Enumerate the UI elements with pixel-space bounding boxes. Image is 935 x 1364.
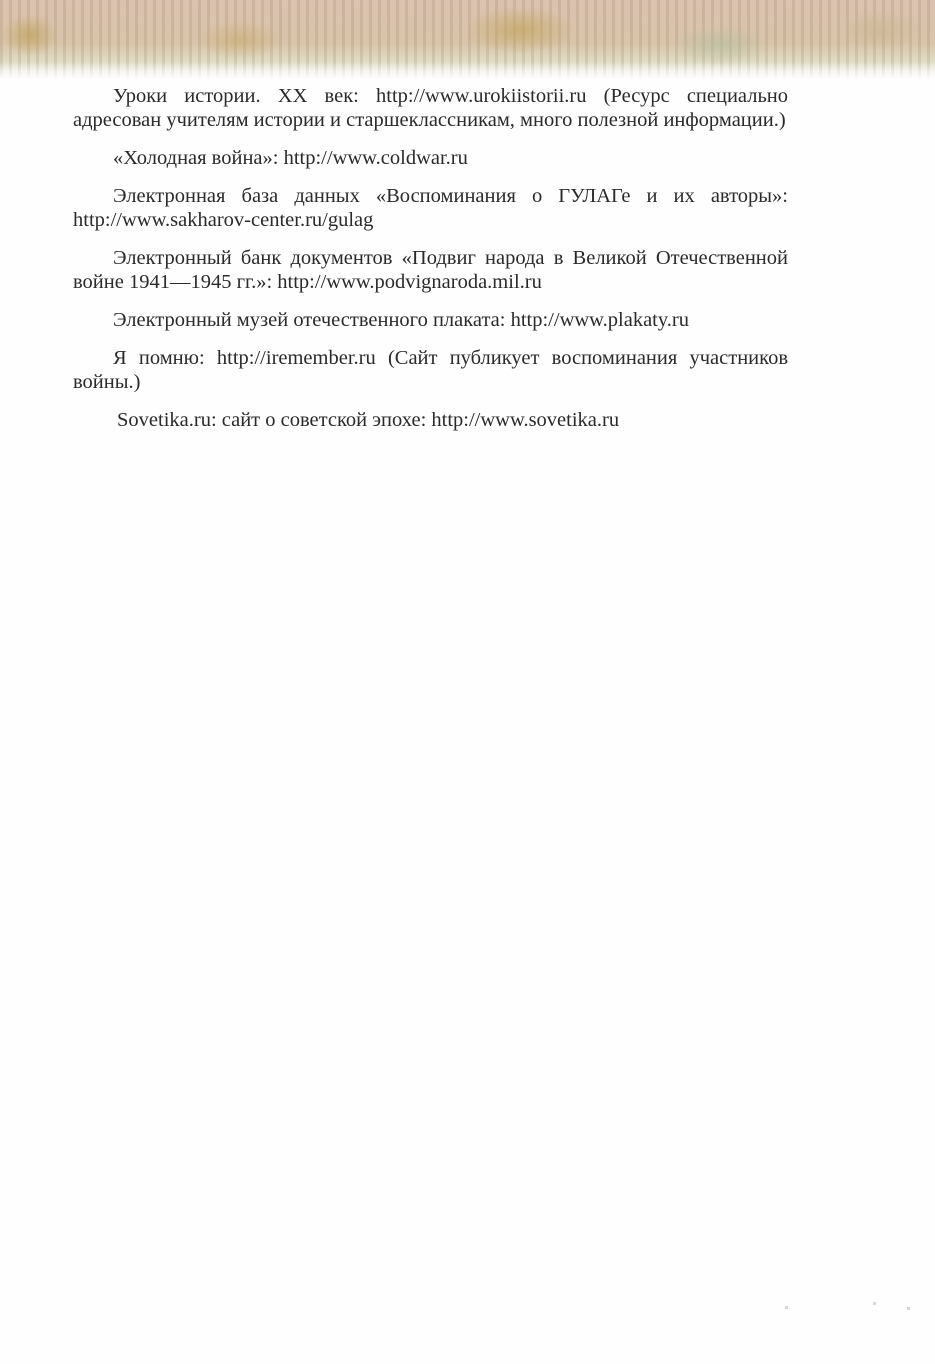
resource-title: Уроки истории. XX век: xyxy=(113,85,359,107)
resource-item: «Холодная война»: http://www.coldwar.ru xyxy=(73,146,788,170)
resource-link[interactable]: http://www.podvignaroda.mil.ru xyxy=(277,271,542,293)
resource-title: Электронный музей отечественного плаката… xyxy=(113,309,505,331)
resource-item: Уроки истории. XX век: http://www.urokii… xyxy=(73,84,788,132)
resource-title: «Холодная война»: xyxy=(113,147,278,169)
resource-link[interactable]: http://www.sovetika.ru xyxy=(431,409,619,431)
resource-item: Электронный музей отечественного плаката… xyxy=(73,308,788,332)
resource-link[interactable]: http://iremember.ru xyxy=(217,347,376,369)
resource-link[interactable]: http://www.coldwar.ru xyxy=(284,147,468,169)
scan-speck xyxy=(907,1307,910,1310)
resource-item: Электронная база данных «Воспоминания о … xyxy=(73,184,788,232)
scan-speck xyxy=(873,1302,876,1305)
resource-title: Электронная база данных «Воспоминания о … xyxy=(113,185,788,207)
resource-item: Электронный банк документов «Подвиг наро… xyxy=(73,246,788,294)
resource-item: Я помню: http://iremember.ru (Сайт публи… xyxy=(73,346,788,394)
resource-title: Я помню: xyxy=(113,347,205,369)
resource-list: Уроки истории. XX век: http://www.urokii… xyxy=(73,84,788,446)
scan-speck xyxy=(785,1306,788,1309)
scan-artifacts xyxy=(785,1302,925,1312)
resource-item: Sovetika.ru: сайт о советской эпохе: htt… xyxy=(73,408,788,432)
resource-link[interactable]: http://www.urokiistorii.ru xyxy=(376,85,587,107)
resource-link[interactable]: http://www.plakaty.ru xyxy=(511,309,689,331)
resource-title: Sovetika.ru: сайт о советской эпохе: xyxy=(117,409,426,431)
decorative-banner xyxy=(0,0,935,78)
resource-link[interactable]: http://www.sakharov-center.ru/gulag xyxy=(73,209,373,231)
